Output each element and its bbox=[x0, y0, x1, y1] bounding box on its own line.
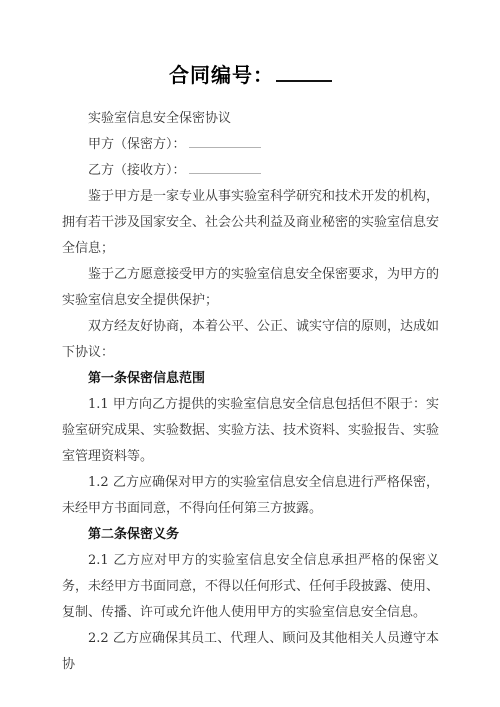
party-b-blank bbox=[189, 161, 261, 174]
preamble-paragraph-3: 双方经友好协商，本着公平、公正、诚实守信的原则，达成如下协议： bbox=[62, 314, 439, 366]
section-2-heading: 第二条保密义务 bbox=[62, 522, 439, 548]
party-b-label: 乙方（接收方）： bbox=[88, 163, 186, 178]
clause-2-2: 2.2 乙方应确保其员工、代理人、顾问及其他相关人员遵守本协 bbox=[62, 626, 439, 678]
contract-page: 合同编号： 实验室信息安全保密协议 甲方（保密方）： 乙方（接收方）： 鉴于甲方… bbox=[0, 0, 500, 707]
section-1-heading: 第一条保密信息范围 bbox=[62, 366, 439, 392]
party-b-line: 乙方（接收方）： bbox=[62, 158, 439, 184]
preamble-paragraph-1: 鉴于甲方是一家专业从事实验室科学研究和技术开发的机构，拥有若干涉及国家安全、社会… bbox=[62, 184, 439, 262]
document-subtitle: 实验室信息安全保密协议 bbox=[62, 106, 439, 132]
party-a-blank bbox=[189, 135, 261, 148]
contract-number-label: 合同编号： bbox=[169, 65, 274, 87]
preamble-paragraph-2: 鉴于乙方愿意接受甲方的实验室信息安全保密要求，为甲方的实验室信息安全提供保护； bbox=[62, 262, 439, 314]
contract-number-blank bbox=[276, 65, 332, 82]
party-a-label: 甲方（保密方）： bbox=[88, 137, 186, 152]
party-a-line: 甲方（保密方）： bbox=[62, 132, 439, 158]
contract-number-title: 合同编号： bbox=[62, 62, 439, 90]
clause-1-2: 1.2 乙方应确保对甲方的实验室信息安全信息进行严格保密，未经甲方书面同意，不得… bbox=[62, 470, 439, 522]
clause-2-1: 2.1 乙方应对甲方的实验室信息安全信息承担严格的保密义务，未经甲方书面同意，不… bbox=[62, 548, 439, 626]
clause-1-1: 1.1 甲方向乙方提供的实验室信息安全信息包括但不限于：实验室研究成果、实验数据… bbox=[62, 392, 439, 470]
contract-body: 实验室信息安全保密协议 甲方（保密方）： 乙方（接收方）： 鉴于甲方是一家专业从… bbox=[62, 106, 439, 678]
